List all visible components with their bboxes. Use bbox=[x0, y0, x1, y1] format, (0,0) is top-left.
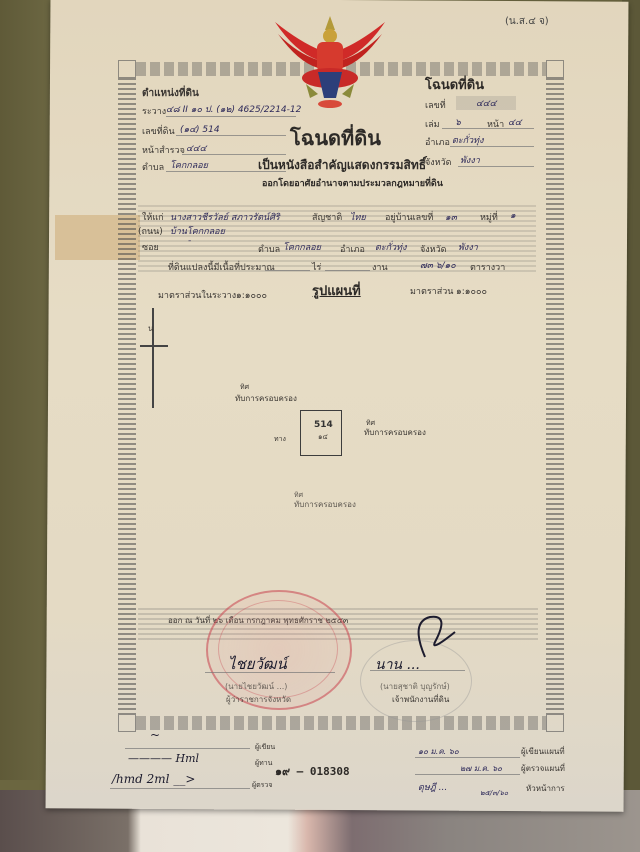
map-checker-label: ผู้ตรวจแผนที่ bbox=[521, 762, 565, 775]
adjacent-west: ทาง bbox=[274, 434, 286, 445]
district-label: อำเภอ bbox=[425, 135, 450, 149]
writer-signature: ~ bbox=[150, 728, 160, 742]
checker-signature: ———— Hml bbox=[128, 752, 199, 765]
verifier-line bbox=[110, 788, 250, 789]
house-value: ๑๓ bbox=[445, 210, 457, 224]
field-line bbox=[442, 128, 534, 129]
sqwa-value: ๗๓ ๖/๑๐ bbox=[420, 258, 456, 272]
deed-title: โฉนดที่ดิน bbox=[290, 122, 381, 154]
scale-left-label: มาตราส่วนในระวาง bbox=[158, 288, 236, 302]
right-signer-name: (นายสุชาติ บุญรักษ์) bbox=[380, 680, 450, 693]
border-right bbox=[546, 78, 564, 714]
north-arrow-crossbar bbox=[140, 345, 168, 347]
ngan-line bbox=[325, 270, 370, 271]
verifier-signature: /hmd 2ml __> bbox=[112, 772, 195, 786]
adjacent-south: ทับการครอบครอง bbox=[294, 498, 356, 511]
scale-right-label: มาตราส่วน bbox=[410, 284, 453, 298]
rai-line bbox=[265, 270, 310, 271]
chief-date: ๒๕/๓/๖๐ bbox=[480, 788, 508, 799]
nationality-value: ไทย bbox=[350, 210, 366, 224]
chief-label: หัวหน้าการ bbox=[526, 782, 565, 795]
owner-province: พังงา bbox=[458, 240, 478, 254]
owner-province-label: จังหวัด bbox=[420, 242, 447, 256]
sqwa-label: ตารางวา bbox=[470, 260, 505, 274]
field-line bbox=[450, 146, 534, 147]
adjacent-east: ทับการครอบครอง bbox=[364, 426, 426, 439]
road-value: - bbox=[188, 236, 191, 246]
left-signer-name: (นายไชยวัฒน์ ...) bbox=[225, 680, 287, 693]
book-label: เล่ม bbox=[425, 117, 440, 131]
right-signature: นาน ... bbox=[375, 654, 420, 676]
field-line bbox=[458, 166, 534, 167]
ngan-label: งาน bbox=[372, 260, 388, 274]
owner-name: นางสาวชีรวัลย์ สภาวรัตน์ศิริ bbox=[170, 210, 280, 224]
map-checker-line bbox=[415, 774, 520, 775]
survey-value: ๔๘ II ๑๐ ป. (๑๒) 4625/2214-12 bbox=[166, 102, 301, 116]
document-number: ๑๙ — 018308 bbox=[275, 762, 350, 780]
moo-value: ๑ bbox=[510, 208, 516, 222]
moo-label: หมู่ที่ bbox=[480, 210, 498, 224]
location-heading: ตำแหน่งที่ดิน bbox=[142, 86, 199, 101]
field-line bbox=[166, 116, 296, 117]
signature-line bbox=[205, 672, 335, 673]
map-title: รูปแผนที่ bbox=[312, 280, 361, 301]
deed-subtitle: เป็นหนังสือสำคัญแสดงกรรมสิทธิ์ bbox=[258, 156, 426, 175]
signature-line bbox=[370, 670, 465, 671]
owner-district: ตะกั่วทุ่ง bbox=[375, 240, 407, 254]
border-bottom bbox=[136, 716, 546, 730]
parcel-number: 514 bbox=[314, 420, 333, 430]
corner-ornament bbox=[546, 714, 564, 732]
garuda-emblem-icon bbox=[270, 12, 390, 110]
book-value: ๖ bbox=[455, 115, 461, 129]
house-label: อยู่บ้านเลขที่ bbox=[385, 210, 433, 224]
field-line bbox=[182, 154, 286, 155]
subdistrict-value: โคกกลอย bbox=[170, 158, 208, 172]
doc-prefix: ๑๙ bbox=[275, 765, 290, 778]
verifier-label: ผู้ตรวจ bbox=[252, 780, 272, 791]
village-label: (ถนน) bbox=[138, 224, 163, 238]
field-line bbox=[176, 135, 286, 136]
page-value: ๔๔ bbox=[508, 115, 522, 129]
deed-authority: ออกโดยอาศัยอำนาจตามประมวลกฎหมายที่ดิน bbox=[262, 176, 443, 190]
chief-signature: ดุษฎี ... bbox=[418, 780, 447, 794]
border-left bbox=[118, 78, 136, 714]
subdistrict-label: ตำบล bbox=[142, 160, 164, 174]
north-label: น bbox=[148, 322, 153, 335]
rai-label: ไร่ bbox=[312, 260, 321, 274]
district-value: ตะกั่วทุ่ง bbox=[452, 133, 484, 147]
adjacent-north: ทับการครอบครอง bbox=[235, 392, 297, 405]
survey-page-label: หน้าสำรวจ bbox=[142, 143, 185, 157]
corner-ornament bbox=[118, 60, 136, 78]
province-value: พังงา bbox=[460, 153, 480, 167]
right-signer-title: เจ้าพนักงานที่ดิน bbox=[392, 693, 449, 706]
left-signer-title: ผู้ว่าราชการจังหวัด bbox=[226, 693, 291, 706]
parcel-value: (๑๔) 514 bbox=[180, 122, 220, 136]
road-label: ซอย bbox=[142, 240, 159, 254]
parcel-sub: ๑๔ bbox=[318, 432, 328, 443]
deed-no-value: ๔๔๔ bbox=[456, 96, 516, 110]
scale-right-value: ๑:๑๐๐๐ bbox=[456, 284, 487, 298]
scale-left-value: ๑:๑๐๐๐ bbox=[236, 288, 267, 302]
area-label: ที่ดินแปลงนี้มีเนื้อที่ประมาณ bbox=[168, 260, 275, 274]
checker-label: ผู้ทาน bbox=[255, 758, 272, 769]
grant-label: ให้แก่ bbox=[142, 210, 164, 224]
map-writer-label: ผู้เขียนแผนที่ bbox=[521, 745, 565, 758]
corner-ornament bbox=[118, 714, 136, 732]
form-code: (น.ส.๔ จ) bbox=[505, 14, 549, 29]
survey-page-value: ๔๔๔ bbox=[186, 141, 206, 155]
writer-line bbox=[125, 748, 250, 749]
corner-ornament bbox=[546, 60, 564, 78]
deed-no-label: เลขที่ bbox=[425, 98, 446, 112]
owner-subdistrict: โคกกลอย bbox=[283, 240, 321, 254]
doc-dash: — bbox=[297, 765, 310, 778]
nationality-label: สัญชาติ bbox=[312, 210, 342, 224]
survey-label: ระวาง bbox=[142, 104, 166, 118]
writer-label: ผู้เขียน bbox=[255, 742, 275, 753]
province-label: จังหวัด bbox=[425, 155, 452, 169]
village-value: บ้านโคกกลอย bbox=[170, 224, 225, 238]
owner-district-label: อำเภอ bbox=[340, 242, 365, 256]
parcel-label: เลขที่ดิน bbox=[142, 124, 175, 138]
right-title: โฉนดที่ดิน bbox=[425, 74, 484, 95]
doc-number: 018308 bbox=[310, 765, 350, 778]
map-writer-line bbox=[415, 757, 520, 758]
owner-subdistrict-label: ตำบล bbox=[258, 242, 280, 256]
